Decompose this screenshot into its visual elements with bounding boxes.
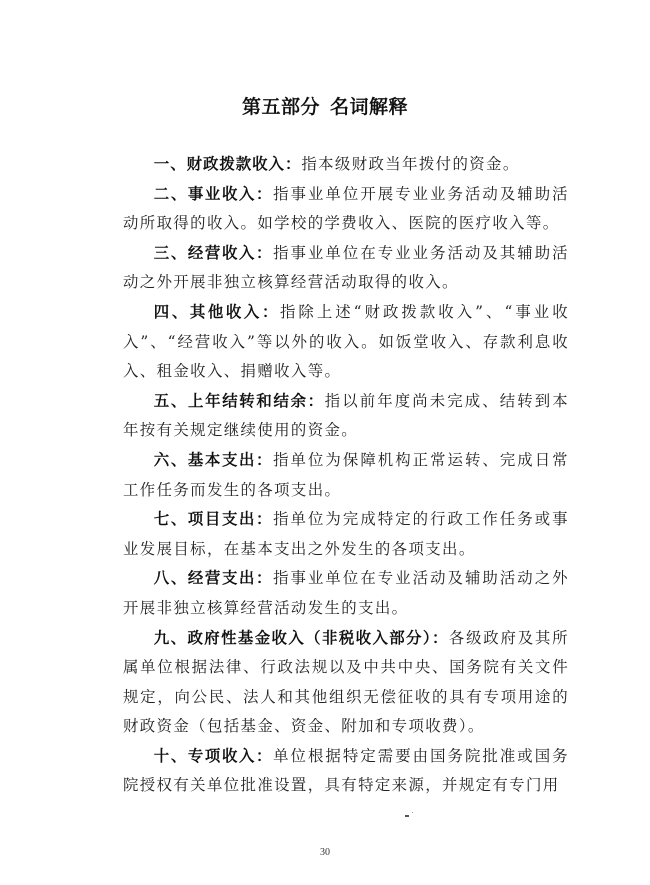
entry-number: 九、 <box>154 629 188 647</box>
entry-number: 四、 <box>154 303 190 321</box>
glossary-entry-10: 十、专项收入：单位根据特定需要由国务院批准或国务院授权有关单位批准设置，具有特定… <box>123 742 569 801</box>
page-title: 第五部分名词解释 <box>0 92 650 119</box>
document-page: 第五部分名词解释 一、财政拨款收入：指本级财政当年拨付的资金。 二、事业收入：指… <box>0 0 650 885</box>
title-name: 名词解释 <box>330 96 408 118</box>
entry-term: 经营支出： <box>188 569 273 587</box>
scan-speck <box>405 815 409 817</box>
title-part: 第五部分 <box>242 96 320 118</box>
glossary-entry-8: 八、经营支出：指事业单位在专业活动及辅助活动之外开展非独立核算经营活动发生的支出… <box>123 564 569 623</box>
entry-number: 六、 <box>154 451 188 469</box>
entry-number: 八、 <box>154 569 188 587</box>
entry-term: 政府性基金收入（非税收入部分）： <box>187 629 448 647</box>
entry-definition: 指本级财政当年拨付的资金。 <box>301 155 519 173</box>
entry-number: 十、 <box>154 747 188 765</box>
entry-term: 事业收入： <box>188 185 273 203</box>
entry-number: 二、 <box>154 185 188 203</box>
glossary-entry-5: 五、上年结转和结余：指以前年度尚未完成、结转到本年按有关规定继续使用的资金。 <box>123 387 569 446</box>
glossary-entry-2: 二、事业收入：指事业单位开展专业业务活动及辅助活动所取得的收入。如学校的学费收入… <box>123 180 569 239</box>
entry-term: 基本支出： <box>188 451 273 469</box>
entry-term: 财政拨款收入： <box>187 155 302 173</box>
page-number: 30 <box>0 847 650 858</box>
glossary-entry-9: 九、政府性基金收入（非税收入部分）：各级政府及其所属单位根据法律、行政法规以及中… <box>123 624 569 742</box>
entry-term: 其他收入： <box>190 303 280 321</box>
glossary-entry-3: 三、经营收入：指事业单位在专业业务活动及其辅助活动之外开展非独立核算经营活动取得… <box>123 239 569 298</box>
entry-number: 五、 <box>154 392 188 410</box>
glossary-entry-7: 七、项目支出：指单位为完成特定的行政工作任务或事业发展目标，在基本支出之外发生的… <box>123 505 569 564</box>
entry-term: 专项收入： <box>188 747 273 765</box>
entry-term: 经营收入： <box>188 244 273 262</box>
entry-number: 一、 <box>154 155 187 173</box>
glossary-entry-1: 一、财政拨款收入：指本级财政当年拨付的资金。 <box>123 150 569 180</box>
entry-number: 三、 <box>154 244 188 262</box>
glossary-body: 一、财政拨款收入：指本级财政当年拨付的资金。 二、事业收入：指事业单位开展专业业… <box>123 150 569 801</box>
glossary-entry-6: 六、基本支出：指单位为保障机构正常运转、完成日常工作任务而发生的各项支出。 <box>123 446 569 505</box>
entry-term: 上年结转和结余： <box>188 392 325 410</box>
entry-number: 七、 <box>154 510 188 528</box>
glossary-entry-4: 四、其他收入：指除上述“财政拨款收入”、“事业收入”、“经营收入”等以外的收入。… <box>123 298 569 387</box>
entry-term: 项目支出： <box>188 510 273 528</box>
scan-speck <box>412 812 413 813</box>
